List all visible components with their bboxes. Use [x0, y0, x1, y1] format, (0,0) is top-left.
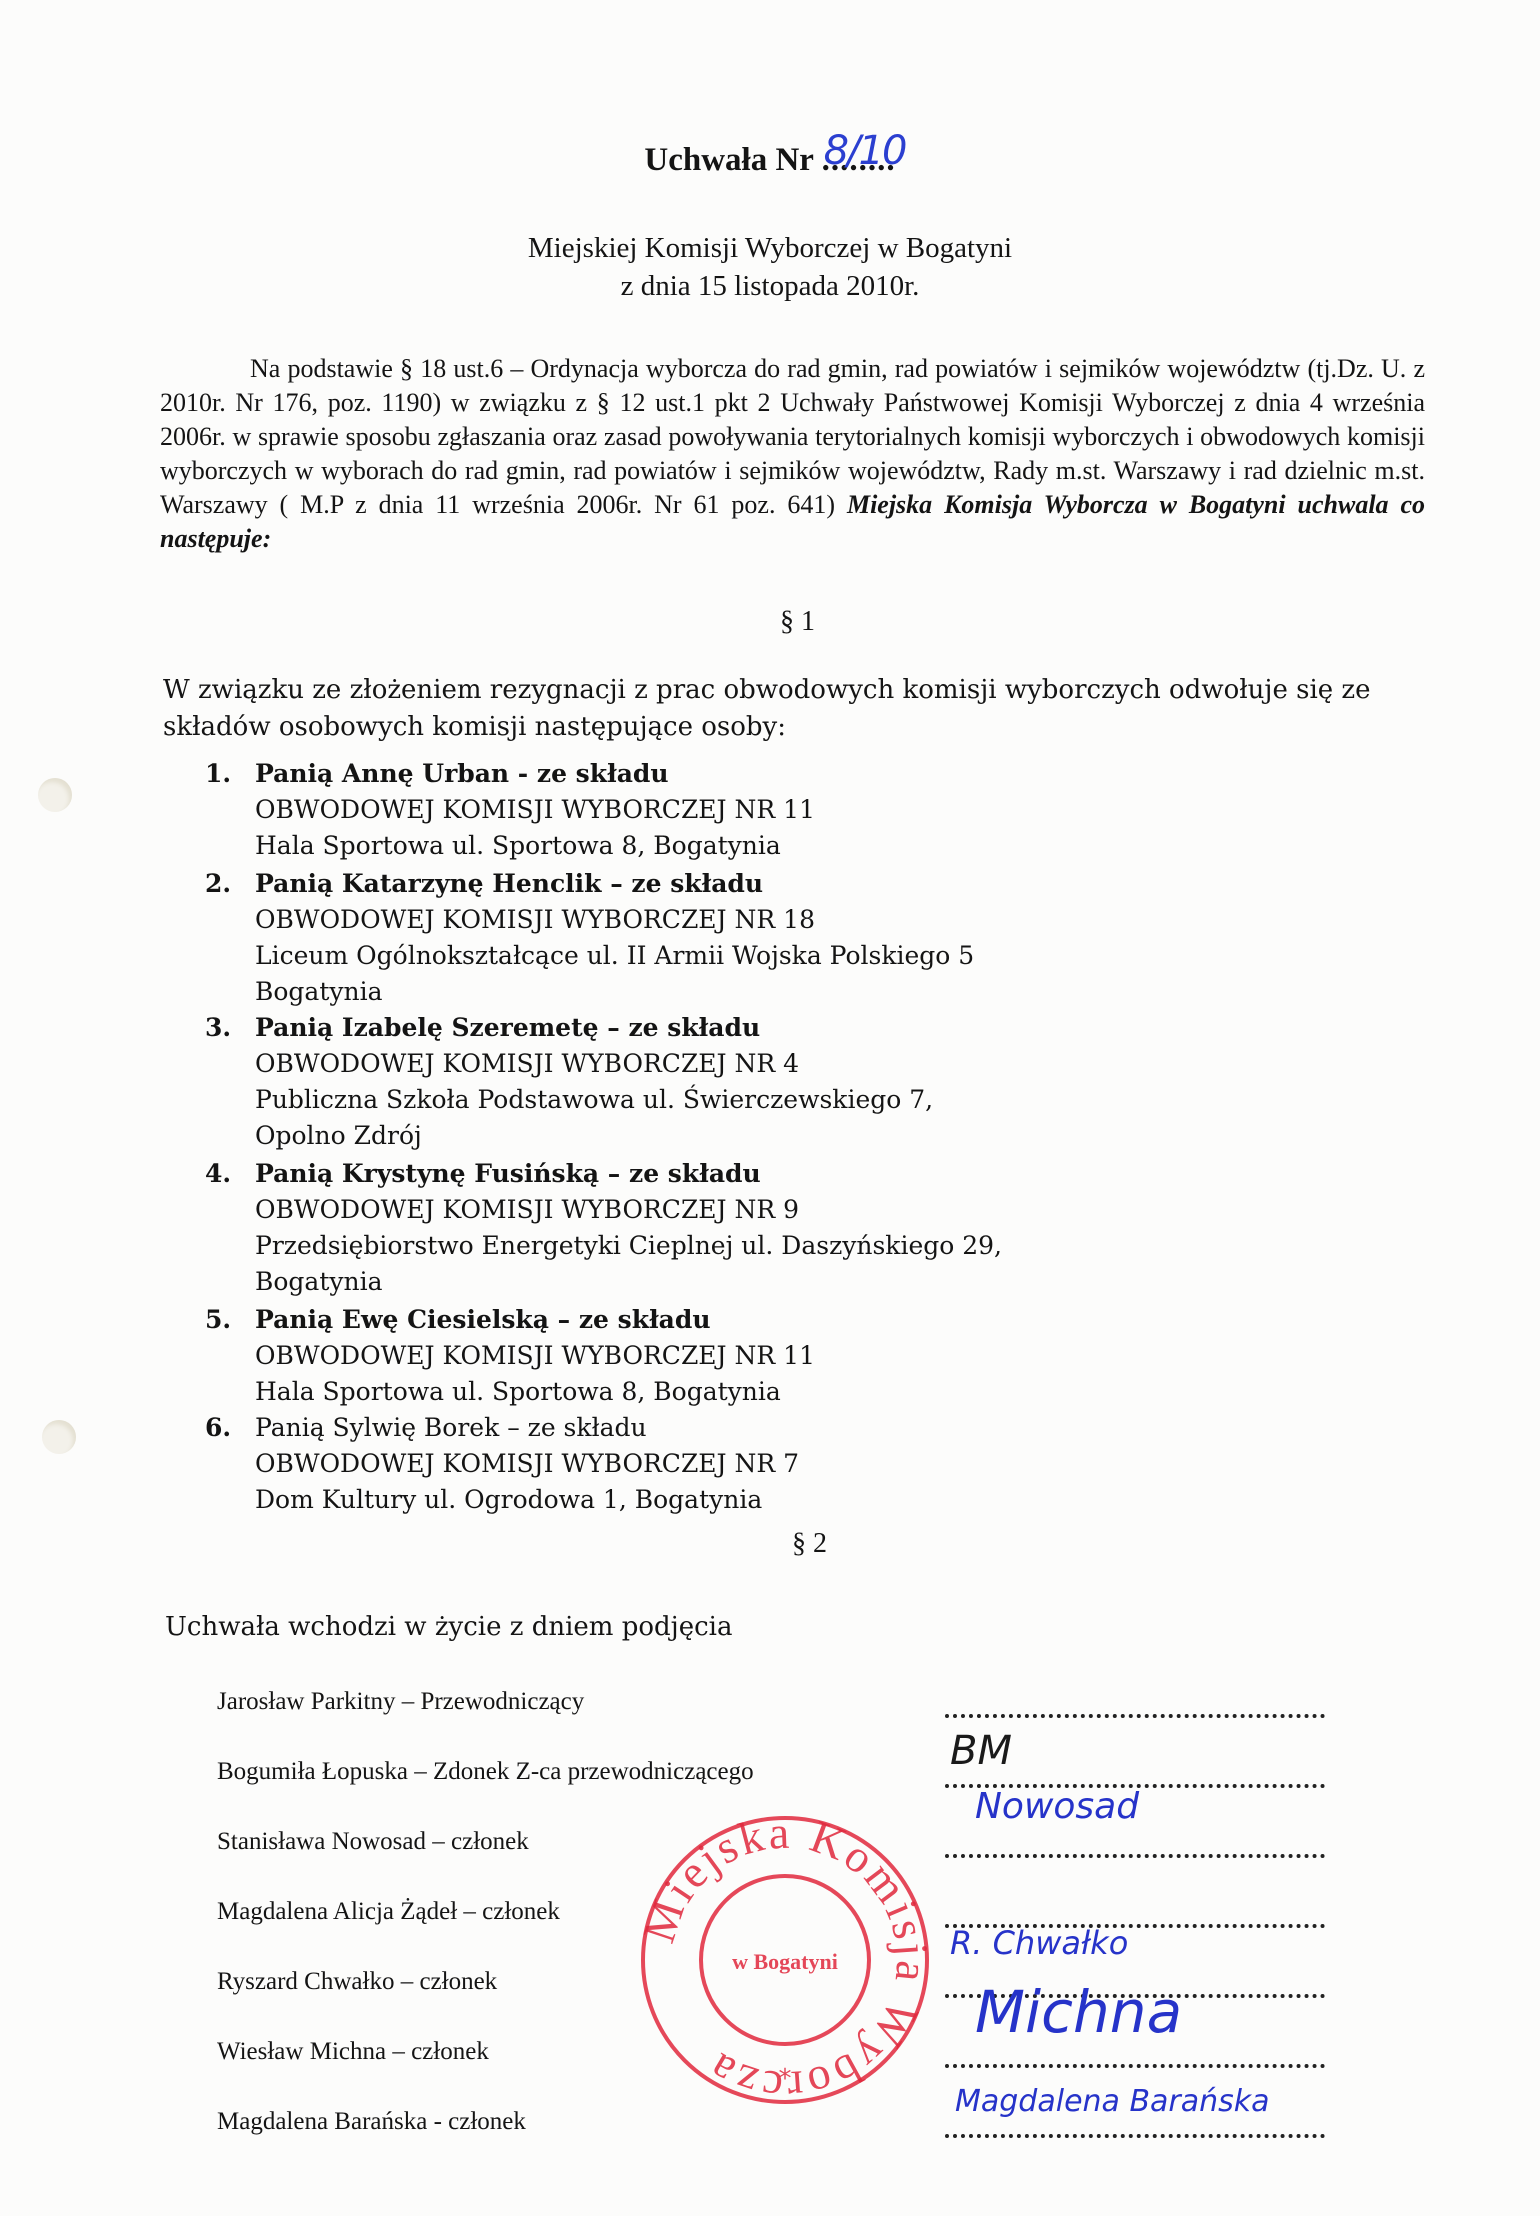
commission-name: OBWODOWEJ KOMISJI WYBORCZEJ NR 7 [205, 1446, 799, 1482]
commission-address: Liceum Ogólnokształcące ul. II Armii Woj… [205, 938, 974, 974]
handwritten-signature: R. Chwałko [950, 1924, 1128, 1962]
item-heading: 2.Panią Katarzynę Henclik – ze składu [205, 866, 974, 902]
svg-text:*: * [779, 2064, 792, 2094]
handwritten-signature: BM [950, 1728, 1012, 1774]
item-number: 1. [205, 756, 255, 792]
list-item: 2.Panią Katarzynę Henclik – ze składuOBW… [205, 866, 974, 1010]
punch-hole-top [38, 778, 72, 812]
list-item: 5.Panią Ewę Ciesielską – ze składuOBWODO… [205, 1302, 815, 1410]
signature-line [945, 1850, 1325, 1858]
item-number: 5. [205, 1302, 255, 1338]
commission-address: Opolno Zdrój [205, 1118, 933, 1154]
handwritten-signature: Nowosad [975, 1786, 1139, 1827]
section-2-mark: § 2 [792, 1528, 827, 1560]
commission-address: Publiczna Szkoła Podstawowa ul. Świercze… [205, 1082, 933, 1118]
person-name: Panią Krystynę Fusińską – ze składu [255, 1159, 761, 1188]
handwritten-signature: Magdalena Barańska [955, 2084, 1270, 2119]
signature-line [945, 2130, 1325, 2138]
committee-member: Stanisława Nowosad – członek [217, 1828, 529, 1856]
signature-line [945, 1710, 1325, 1718]
committee-member: Magdalena Alicja Żądeł – członek [217, 1898, 560, 1926]
person-name: Panią Sylwię Borek – ze składu [255, 1413, 647, 1442]
section-1-intro: W związku ze złożeniem rezygnacji z prac… [163, 672, 1453, 746]
preamble: Na podstawie § 18 ust.6 – Ordynacja wybo… [160, 352, 1425, 556]
commission-address: Hala Sportowa ul. Sportowa 8, Bogatynia [205, 828, 815, 864]
handwritten-number: 8/10 [824, 128, 906, 174]
item-number: 6. [205, 1410, 255, 1446]
document-date: z dnia 15 listopada 2010r. [0, 270, 1540, 303]
list-item: 6.Panią Sylwię Borek – ze składuOBWODOWE… [205, 1410, 799, 1518]
commission-name: OBWODOWEJ KOMISJI WYBORCZEJ NR 18 [205, 902, 974, 938]
list-item: 1.Panią Annę Urban - ze składuOBWODOWEJ … [205, 756, 815, 864]
signature-line [945, 2060, 1325, 2068]
commission-address: Hala Sportowa ul. Sportowa 8, Bogatynia [205, 1374, 815, 1410]
committee-member: Magdalena Barańska - członek [217, 2108, 526, 2136]
committee-member: Jarosław Parkitny – Przewodniczący [217, 1688, 584, 1716]
person-name: Panią Izabelę Szeremetę – ze składu [255, 1013, 760, 1042]
resolution-number: ........ 8/10 [822, 142, 896, 179]
commission-address: Bogatynia [205, 974, 974, 1010]
punch-hole-bottom [42, 1420, 76, 1454]
item-number: 2. [205, 866, 255, 902]
commission-name: OBWODOWEJ KOMISJI WYBORCZEJ NR 11 [205, 1338, 815, 1374]
closing-statement: Uchwała wchodzi w życie z dniem podjęcia [165, 1612, 732, 1642]
document-title: Uchwała Nr ........ 8/10 [0, 142, 1540, 179]
item-heading: 5.Panią Ewę Ciesielską – ze składu [205, 1302, 815, 1338]
person-name: Panią Katarzynę Henclik – ze składu [255, 869, 763, 898]
item-number: 4. [205, 1156, 255, 1192]
item-heading: 4.Panią Krystynę Fusińską – ze składu [205, 1156, 1002, 1192]
item-heading: 1.Panią Annę Urban - ze składu [205, 756, 815, 792]
committee-member: Wiesław Michna – członek [217, 2038, 489, 2066]
list-item: 3.Panią Izabelę Szeremetę – ze składuOBW… [205, 1010, 933, 1154]
commission-name: OBWODOWEJ KOMISJI WYBORCZEJ NR 4 [205, 1046, 933, 1082]
list-item: 4.Panią Krystynę Fusińską – ze składuOBW… [205, 1156, 1002, 1300]
handwritten-signature: Michna [975, 1978, 1182, 2046]
commission-address: Przedsiębiorstwo Energetyki Cieplnej ul.… [205, 1228, 1002, 1264]
section-1-mark: § 1 [780, 606, 815, 638]
person-name: Panią Annę Urban - ze składu [255, 759, 669, 788]
issuer: Miejskiej Komisji Wyborczej w Bogatyni [0, 232, 1540, 265]
commission-address: Bogatynia [205, 1264, 1002, 1300]
svg-text:w Bogatyni: w Bogatyni [732, 1949, 838, 1974]
person-name: Panią Ewę Ciesielską – ze składu [255, 1305, 711, 1334]
commission-address: Dom Kultury ul. Ogrodowa 1, Bogatynia [205, 1482, 799, 1518]
commission-name: OBWODOWEJ KOMISJI WYBORCZEJ NR 11 [205, 792, 815, 828]
official-stamp: Miejska Komisja Wyborcza w Bogatyni * [637, 1812, 933, 2108]
item-heading: 3.Panią Izabelę Szeremetę – ze składu [205, 1010, 933, 1046]
committee-member: Bogumiła Łopuska – Zdonek Z-ca przewodni… [217, 1758, 754, 1786]
commission-name: OBWODOWEJ KOMISJI WYBORCZEJ NR 9 [205, 1192, 1002, 1228]
committee-member: Ryszard Chwałko – członek [217, 1968, 497, 1996]
item-number: 3. [205, 1010, 255, 1046]
item-heading: 6.Panią Sylwię Borek – ze składu [205, 1410, 799, 1446]
